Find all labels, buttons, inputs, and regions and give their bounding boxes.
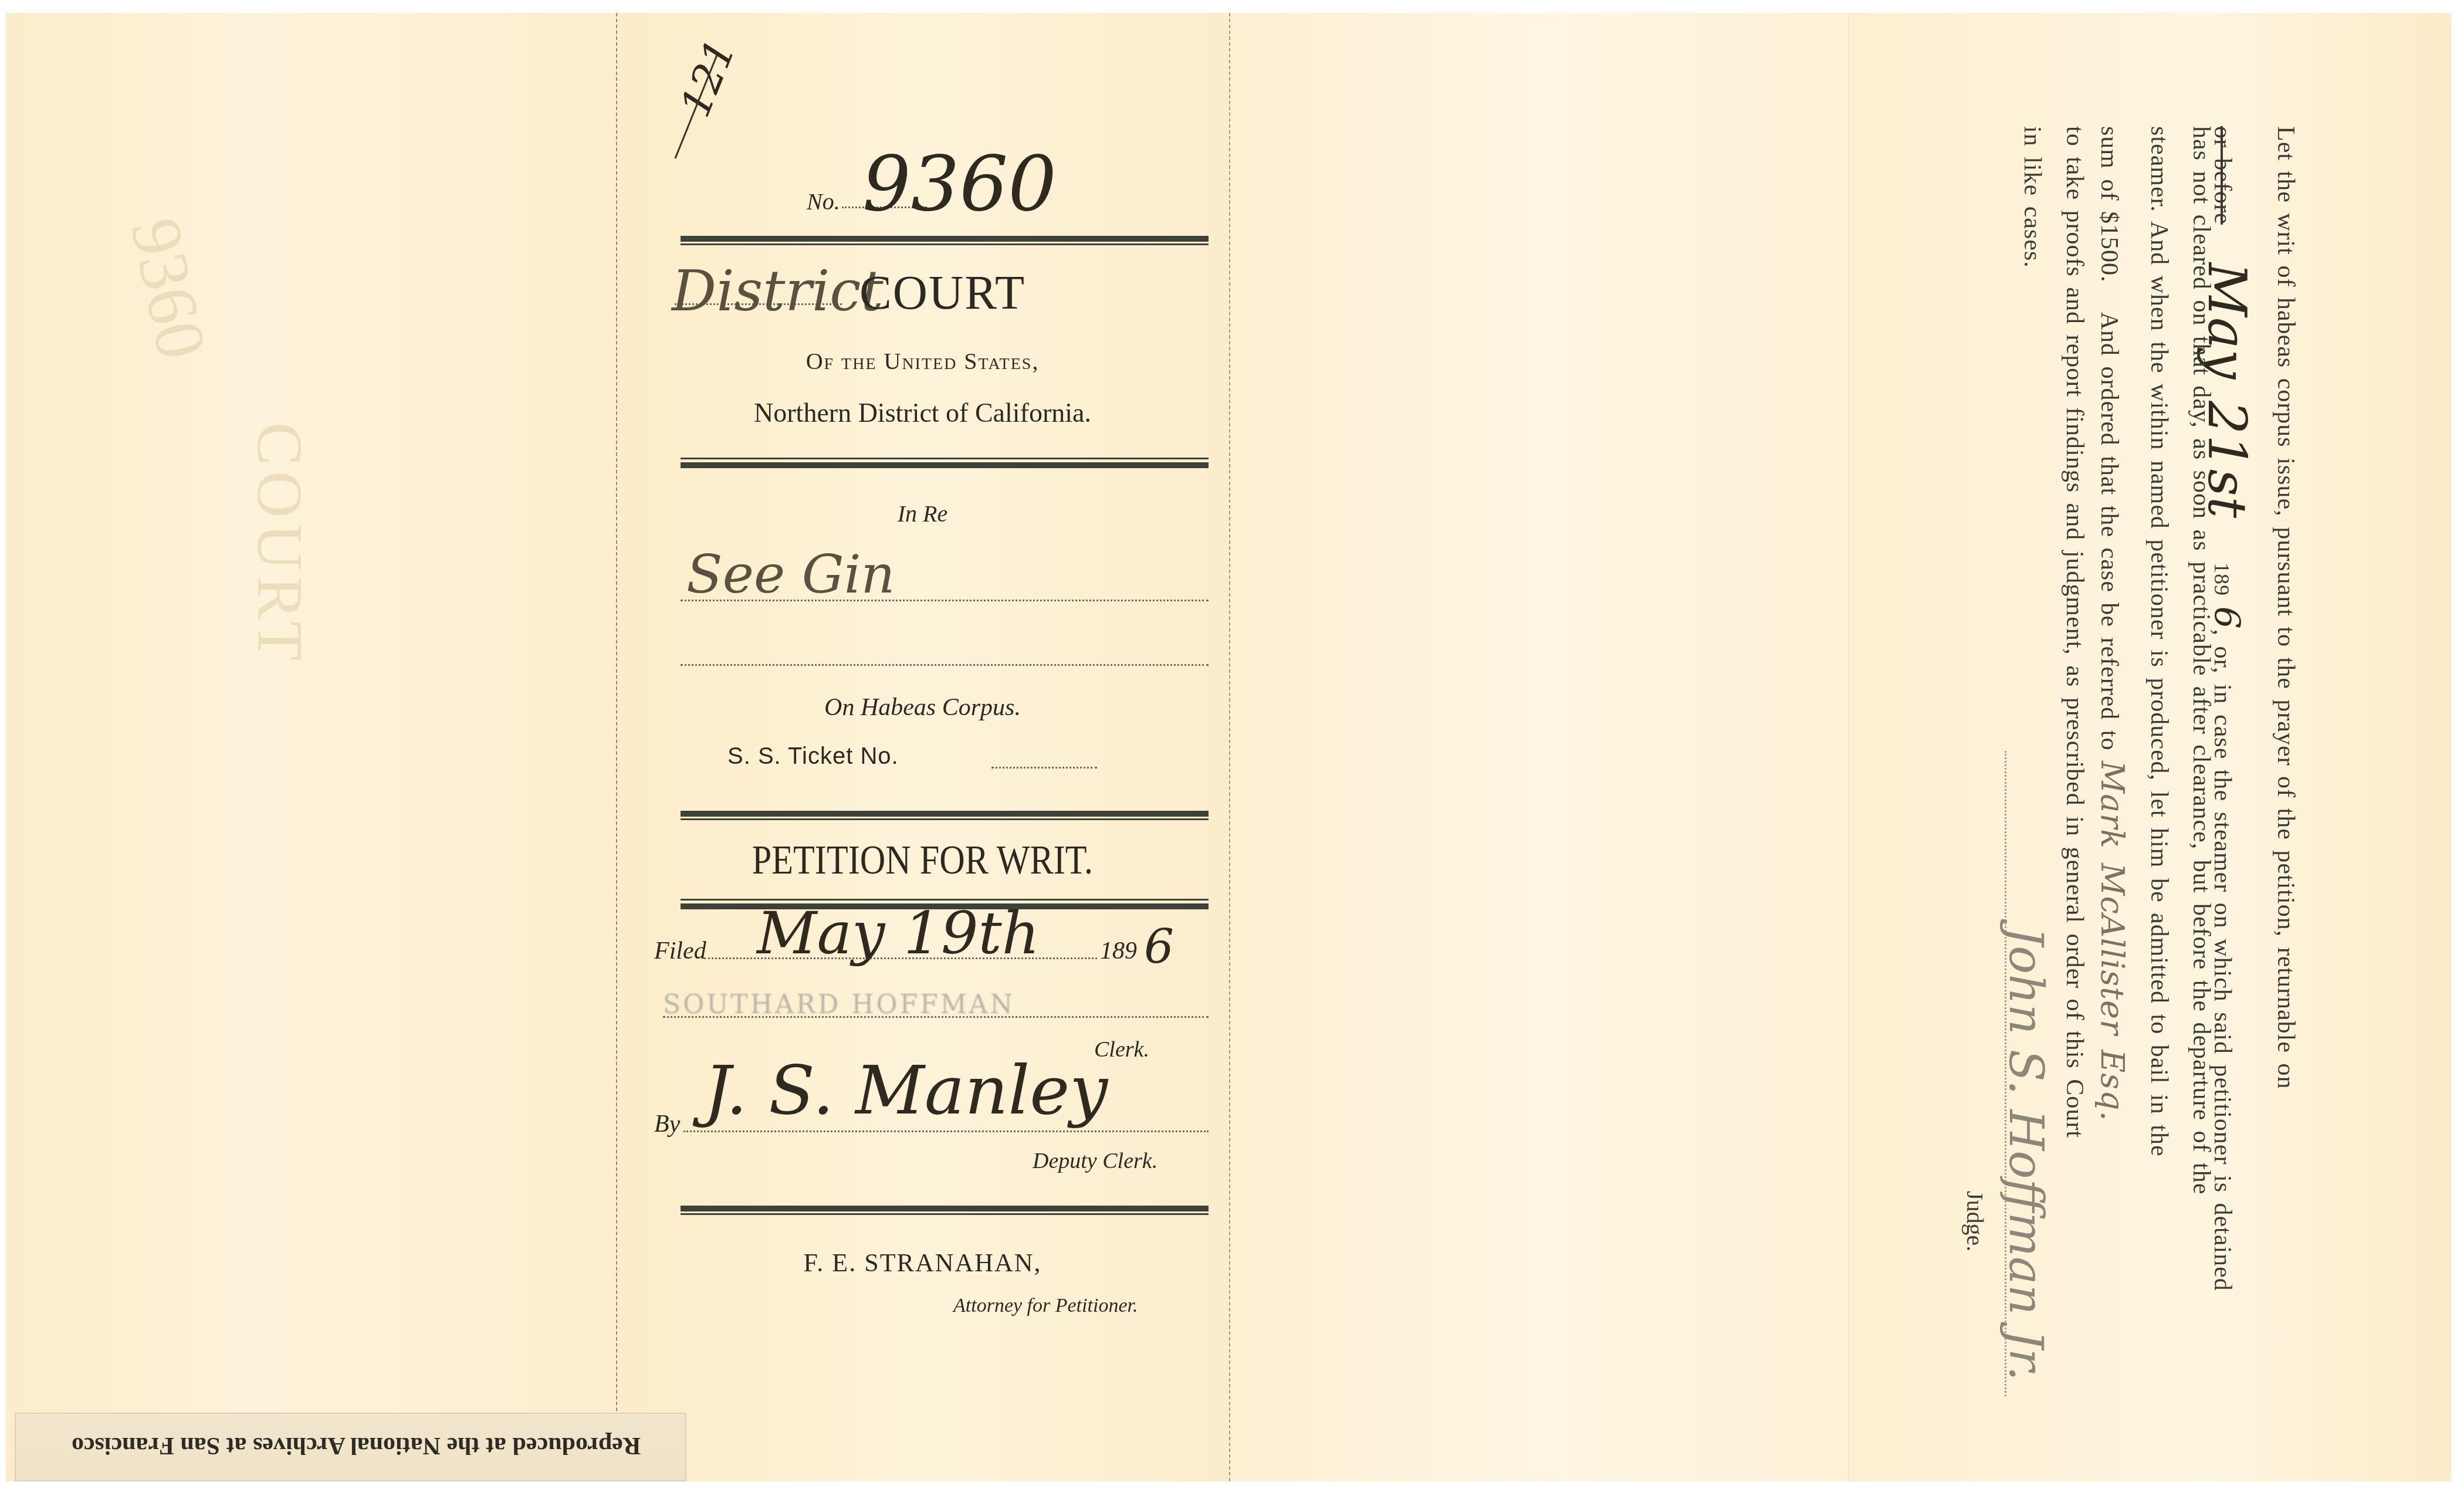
order-line-4: steamer. And when the within named petit… <box>2145 126 2173 1157</box>
archive-label-text: Reproduced at the National Archives at S… <box>51 1431 661 1460</box>
deputy-line <box>683 1131 1209 1132</box>
rule-top-heavy <box>681 236 1209 242</box>
deputy-clerk-label: Deputy Clerk. <box>1033 1148 1157 1174</box>
order-line-1: Let the writ of habeas corpus issue, pur… <box>2272 126 2300 1089</box>
rule-bottom-heavy <box>681 1206 1209 1211</box>
docket-cover: 121 No. 9360 District COURT Of the Unite… <box>616 13 1229 1481</box>
docket-number: 9360 <box>862 139 1057 228</box>
in-re-label: In Re <box>616 500 1229 527</box>
rule-mid1-thin <box>681 458 1209 459</box>
rule-mid2-heavy <box>681 811 1209 817</box>
court-printed: COURT <box>859 265 1025 320</box>
judge-label: Judge. <box>1961 1191 1989 1251</box>
petitioner-name: See Gin <box>686 544 895 605</box>
petitioner-line-2 <box>681 664 1209 666</box>
on-habeas-corpus: On Habeas Corpus. <box>616 693 1229 722</box>
by-label: By <box>654 1110 680 1138</box>
order-line-5: sum of $1500. And ordered that the case … <box>2094 126 2131 1122</box>
filed-label: Filed <box>654 937 706 965</box>
panel-left-blank <box>6 13 616 1481</box>
filed-year-handwritten: 6 <box>1144 919 1174 974</box>
bleed-through-court: COURT <box>242 422 317 666</box>
rule-mid1-heavy <box>681 462 1209 468</box>
attorney-label: Attorney for Petitioner. <box>953 1295 1138 1317</box>
panel-blank <box>1229 13 1849 1481</box>
number-label: No. <box>807 188 840 215</box>
order-line-7: in like cases. <box>2018 126 2046 268</box>
ticket-label: S. S. Ticket No. <box>727 743 899 770</box>
court-type-handwritten: District <box>672 259 884 324</box>
judge-signature-block: John S. Hoffman Jr. Judge. <box>1942 751 2059 1396</box>
archive-reproduction-label: Reproduced at the National Archives at S… <box>15 1413 686 1481</box>
clerk-line <box>663 1016 1209 1018</box>
deputy-signature: J. S. Manley <box>704 1051 1108 1130</box>
judge-signature: John S. Hoffman Jr. <box>1999 927 2053 1381</box>
filed-date-handwritten: May 19th <box>757 899 1040 967</box>
filed-year-printed: 189 <box>1100 937 1137 965</box>
court-of-united-states: Of the United States, <box>616 347 1229 375</box>
order-line-6: to take proofs and report findings and j… <box>2060 126 2089 1138</box>
order-line-3: has not cleared on that day, as soon as … <box>2187 126 2215 1194</box>
district-name: Northern District of California. <box>616 397 1229 428</box>
rule-top-thin <box>681 243 1209 245</box>
document-title: PETITION FOR WRIT. <box>659 837 1186 884</box>
ticket-line[interactable] <box>991 767 1097 769</box>
rule-bottom-thin <box>681 1213 1209 1215</box>
referee-handwritten: Mark McAllister Esq. <box>2094 761 2131 1122</box>
clerk-stamp: SOUTHARD HOFFMAN <box>663 990 1015 1020</box>
rule-mid2-thin <box>681 818 1209 820</box>
attorney-name: F. E. STRANAHAN, <box>616 1248 1229 1278</box>
